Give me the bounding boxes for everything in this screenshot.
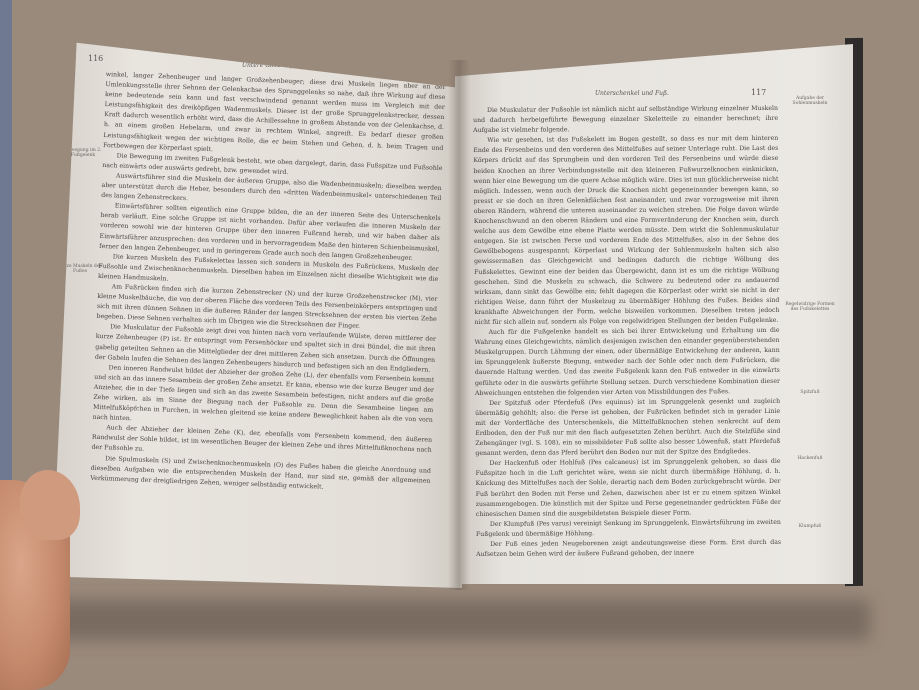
margin-note: Regelwidrige Formen des Fußskelettes (785, 302, 835, 312)
running-head: Unterschenkel und Fuß. (595, 90, 669, 97)
book-shadow (40, 600, 870, 640)
paragraph: Wie wir gesehen, ist das Fußskelett im B… (473, 134, 779, 328)
paragraph: Die Muskulatur der Fußsohle ist nämlich … (473, 104, 778, 136)
right-page-text: Die Muskulatur der Fußsohle ist nämlich … (473, 104, 781, 576)
margin-note: Klumpfuß (787, 524, 833, 529)
paragraph: Der Klumpfuß (Pes varus) vereinigt Senku… (476, 518, 781, 540)
paragraph: Der Spitzfuß oder Pferdefuß (Pes equinus… (475, 397, 780, 460)
paragraph: winkel, langer Zehenbeuger und langer Gr… (103, 70, 446, 164)
left-page: 116 Untere Gliedmaßen Bewegung im 2. Fuß… (52, 20, 462, 588)
margin-note: Bewegung im 2. Fußgelenk (60, 148, 106, 158)
right-page: Unterschenkel und Fuß. 117 Aufgabe der S… (455, 44, 853, 584)
left-page-text: winkel, langer Zehenbeuger und langer Gr… (87, 70, 446, 583)
margin-note: Aufgabe der Sohlenmuskeln (785, 96, 835, 106)
book-gutter (448, 60, 470, 590)
margin-note: Spitzfuß (787, 390, 833, 395)
margin-note: Kurze Muskeln des Fußes (58, 264, 102, 274)
paragraph: Auch für die Fußgelenke handelt es sich … (475, 326, 780, 399)
page-number: 117 (751, 88, 766, 97)
margin-note: Hackenfuß (787, 456, 833, 461)
paragraph: Der Fuß eines jeden Neugeborenen zeigt a… (476, 538, 781, 560)
paragraph: Der Hackenfuß oder Hohlfuß (Pes calcaneu… (475, 457, 780, 520)
page-number: 116 (88, 54, 103, 63)
running-head: Untere Gliedmaßen (242, 62, 302, 69)
